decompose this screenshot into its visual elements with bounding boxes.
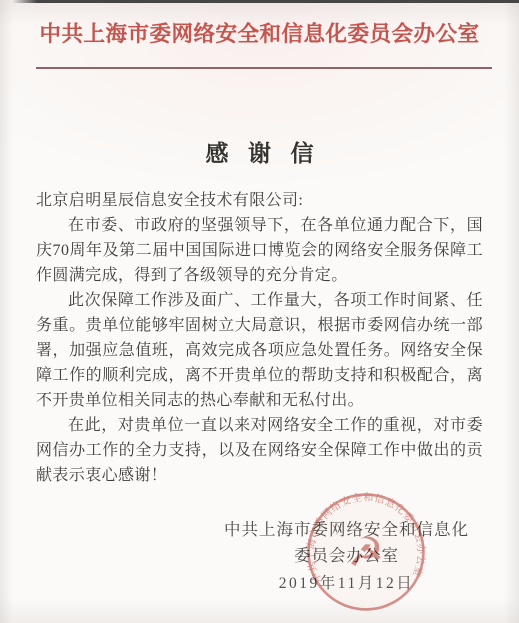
letterhead-divider [36,67,492,69]
addressee-line: 北京启明星辰信息安全技术有限公司: [36,188,483,213]
scan-top-edge-line [12,0,519,3]
signature-org-line-2: 委员会办公室 [224,543,469,569]
signature-org-line-1: 中共上海市委网络安全和信息化 [224,517,469,543]
body-paragraph-1: 在市委、市政府的坚强领导下，在各单位通力配合下，国庆70周年及第二届中国国际进口… [36,213,483,288]
body-paragraph-2: 此次保障工作涉及面广、工作量大，各项工作时间紧、任务重。贵单位能够牢固树立大局意… [36,288,483,413]
letter-title: 感谢信 [0,135,519,168]
body-paragraph-3: 在此，对贵单位一直以来对网络安全工作的重视，对市委网信办工作的全力支持，以及在网… [36,413,483,488]
signature-block: 中共上海市委网络安全和信息化 委员会办公室 2019年11月12日 [224,517,469,597]
signature-date: 2019年11月12日 [224,571,469,597]
scanned-letter-page: 中共上海市委网络安全和信息化委员会办公室 感谢信 北京启明星辰信息安全技术有限公… [0,0,519,623]
letterhead-org-name: 中共上海市委网络安全和信息化委员会办公室 [0,17,519,48]
letter-body: 北京启明星辰信息安全技术有限公司: 在市委、市政府的坚强领导下，在各单位通力配合… [36,188,483,488]
